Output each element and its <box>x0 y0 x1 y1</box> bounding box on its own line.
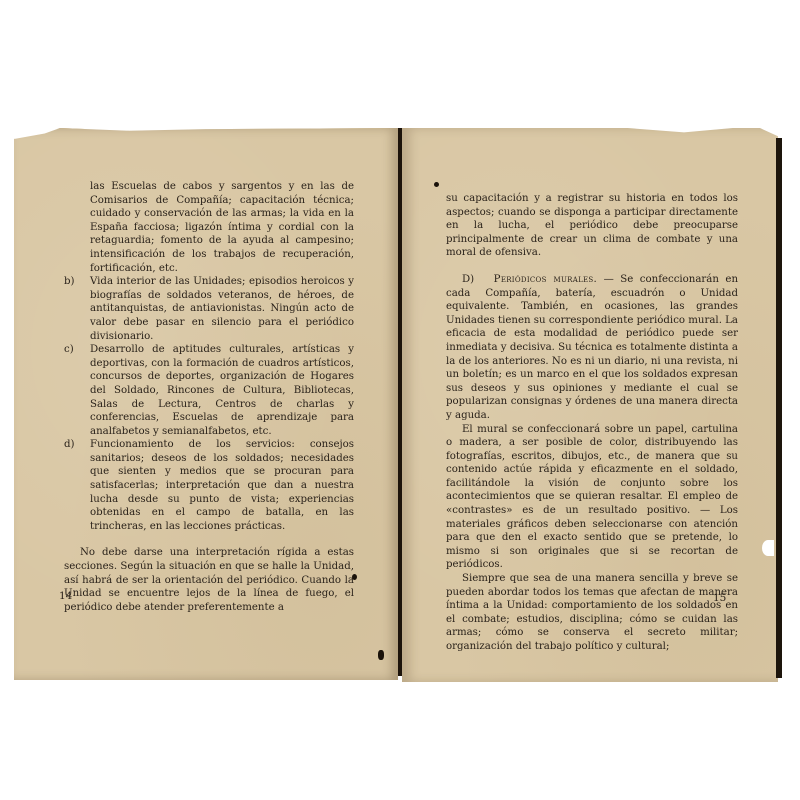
list-item-c: c) Desarrollo de aptitudes culturales, a… <box>64 343 354 438</box>
open-booklet: las Escuelas de cabos y sargentos y en l… <box>0 0 800 800</box>
list-marker: b) <box>64 275 90 343</box>
left-page: las Escuelas de cabos y sargentos y en l… <box>14 128 398 680</box>
page-number: 14 <box>59 590 72 604</box>
left-page-text: las Escuelas de cabos y sargentos y en l… <box>64 180 354 614</box>
page-number: 15 <box>713 592 726 606</box>
right-page: su capacitación y a registrar su histori… <box>402 128 778 682</box>
right-page-text: su capacitación y a registrar su histori… <box>446 192 738 654</box>
paragraph-temas: Siempre que sea de una manera sencilla y… <box>446 572 738 654</box>
item-a-continuation: las Escuelas de cabos y sargentos y en l… <box>64 180 354 275</box>
list-item-text: Desarrollo de aptitudes culturales, artí… <box>90 343 354 438</box>
page-tear <box>762 540 774 556</box>
list-item-b: b) Vida interior de las Unidades; episod… <box>64 275 354 343</box>
section-text: Se confeccionarán en cada Compañía, bate… <box>446 274 738 421</box>
opening-paragraph: su capacitación y a registrar su histori… <box>446 192 738 260</box>
book-spine <box>398 128 402 676</box>
list-item-d: d) Funcionamiento de los servicios: cons… <box>64 438 354 533</box>
list-marker: c) <box>64 343 90 438</box>
ink-spot <box>434 182 439 187</box>
list-item-text: Vida interior de las Unidades; episodios… <box>90 275 354 343</box>
section-separator: — <box>597 274 620 285</box>
section-marker: D) <box>462 274 474 285</box>
section-murales: D) Periódicos murales. — Se confeccionar… <box>446 273 738 423</box>
paragraph-mural: El mural se confeccionará sobre un papel… <box>446 423 738 573</box>
section-heading: Periódicos murales. <box>494 274 597 285</box>
back-cover-edge <box>776 138 782 678</box>
list-marker: d) <box>64 438 90 533</box>
ink-spot <box>378 650 384 660</box>
closing-paragraph: No debe darse una interpretación rígida … <box>64 546 354 614</box>
list-item-text: Funcionamiento de los servicios: consejo… <box>90 438 354 533</box>
ink-spot <box>352 574 357 580</box>
